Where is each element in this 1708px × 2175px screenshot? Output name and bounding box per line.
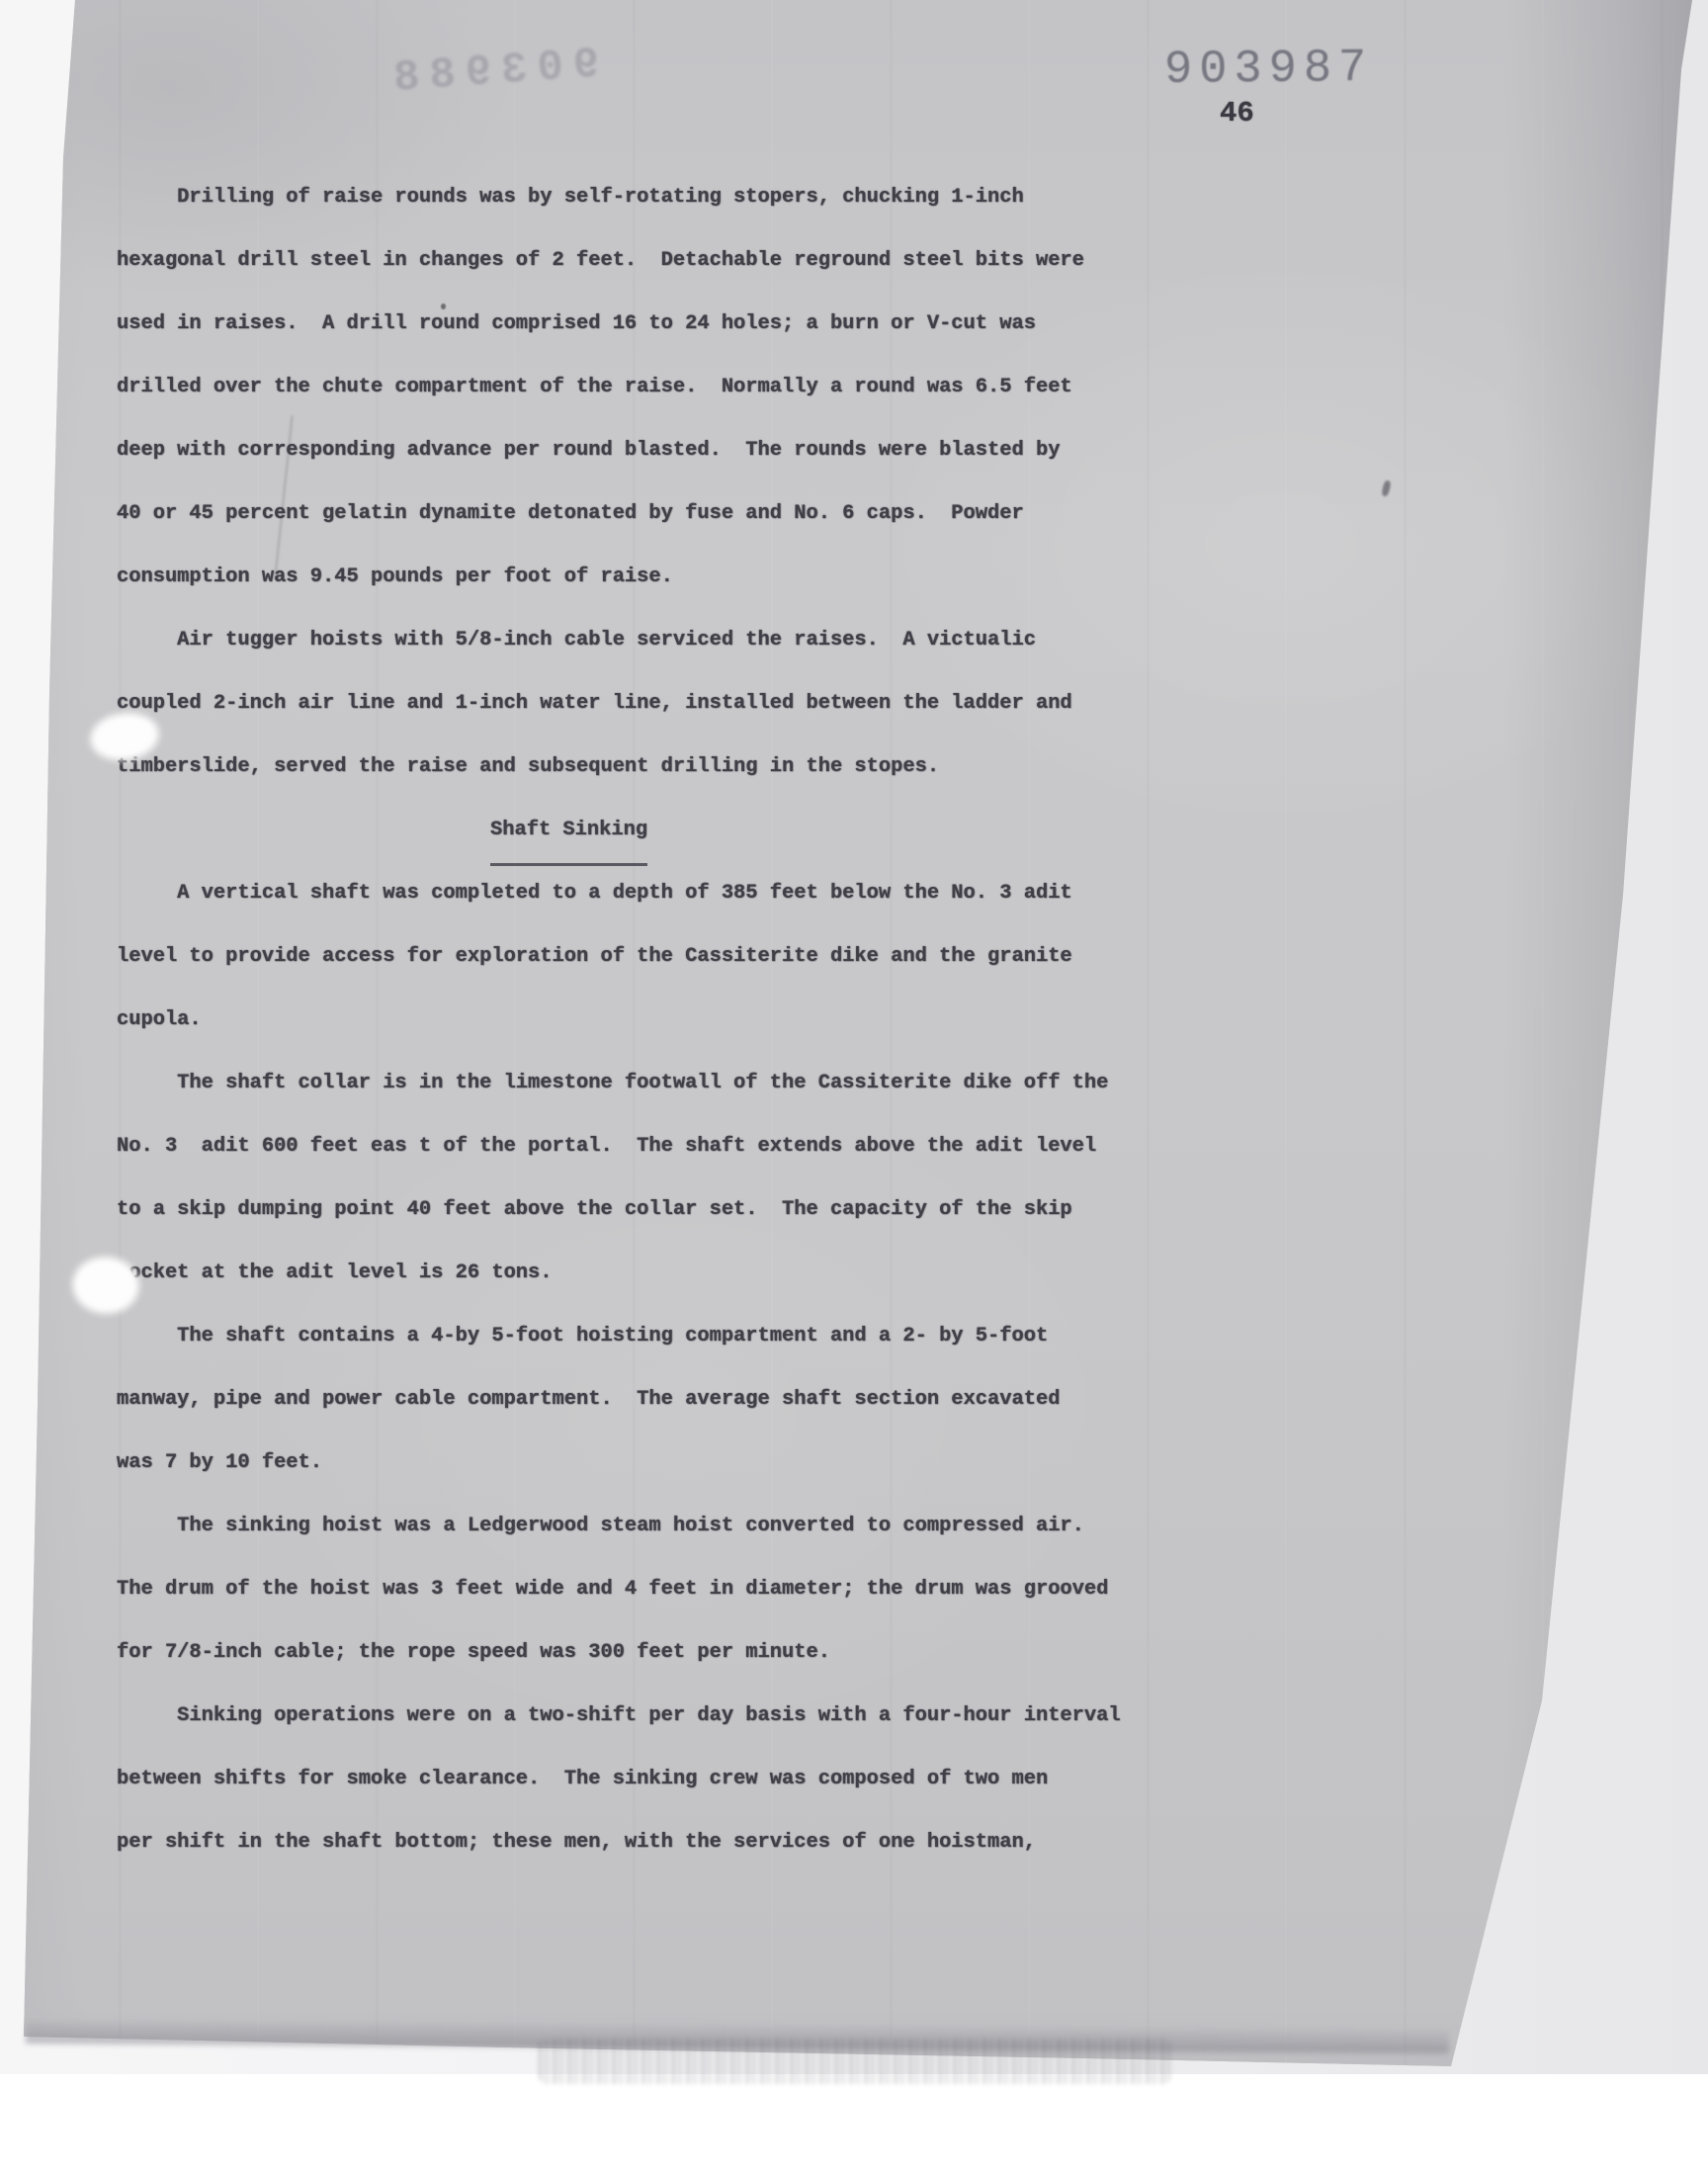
text-line: The shaft contains a 4-by 5-foot hoistin… bbox=[117, 1305, 1204, 1368]
section-heading: Shaft Sinking bbox=[117, 799, 1204, 862]
text-line: per shift in the shaft bottom; these men… bbox=[117, 1811, 1204, 1874]
text-line: for 7/8-inch cable; the rope speed was 3… bbox=[117, 1621, 1204, 1685]
document-number-stamp: 903987 bbox=[1164, 43, 1374, 97]
text-line: manway, pipe and power cable compartment… bbox=[117, 1368, 1204, 1432]
text-line: The drum of the hoist was 3 feet wide an… bbox=[117, 1558, 1204, 1621]
text-line: used in raises. A drill round comprised … bbox=[117, 293, 1204, 356]
text-line: pocket at the adit level is 26 tons. bbox=[117, 1242, 1204, 1305]
scanner-background-bottom bbox=[0, 2074, 1708, 2175]
text-line: No. 3 adit 600 feet eas t of the portal.… bbox=[117, 1115, 1204, 1178]
text-line: Sinking operations were on a two-shift p… bbox=[117, 1685, 1204, 1748]
text-line: between shifts for smoke clearance. The … bbox=[117, 1748, 1204, 1811]
text-line: to a skip dumping point 40 feet above th… bbox=[117, 1178, 1204, 1242]
page-number: 46 bbox=[1220, 97, 1254, 130]
text-line: deep with corresponding advance per roun… bbox=[117, 419, 1204, 482]
text-line: Drilling of raise rounds was by self-rot… bbox=[117, 166, 1204, 229]
text-line: 40 or 45 percent gelatin dynamite detona… bbox=[117, 482, 1204, 546]
text-line: level to provide access for exploration … bbox=[117, 925, 1204, 989]
text-line: The shaft collar is in the limestone foo… bbox=[117, 1052, 1204, 1115]
text-line: timberslide, served the raise and subseq… bbox=[117, 736, 1204, 799]
text-line: coupled 2-inch air line and 1-inch water… bbox=[117, 672, 1204, 736]
scanned-document-page: 903988 903987 46 Drilling of raise round… bbox=[0, 0, 1708, 2175]
text-line: was 7 by 10 feet. bbox=[117, 1432, 1204, 1495]
text-line: hexagonal drill steel in changes of 2 fe… bbox=[117, 229, 1204, 293]
text-line: The sinking hoist was a Ledgerwood steam… bbox=[117, 1495, 1204, 1558]
text-line: drilled over the chute compartment of th… bbox=[117, 356, 1204, 419]
typewritten-text-block: Drilling of raise rounds was by self-rot… bbox=[117, 166, 1204, 1874]
text-line: consumption was 9.45 pounds per foot of … bbox=[117, 546, 1204, 609]
section-heading-text: Shaft Sinking bbox=[490, 799, 647, 866]
text-line: Air tugger hoists with 5/8-inch cable se… bbox=[117, 609, 1204, 672]
text-line: cupola. bbox=[117, 989, 1204, 1052]
scan-smudge bbox=[539, 2039, 1171, 2084]
text-line: A vertical shaft was completed to a dept… bbox=[117, 862, 1204, 925]
